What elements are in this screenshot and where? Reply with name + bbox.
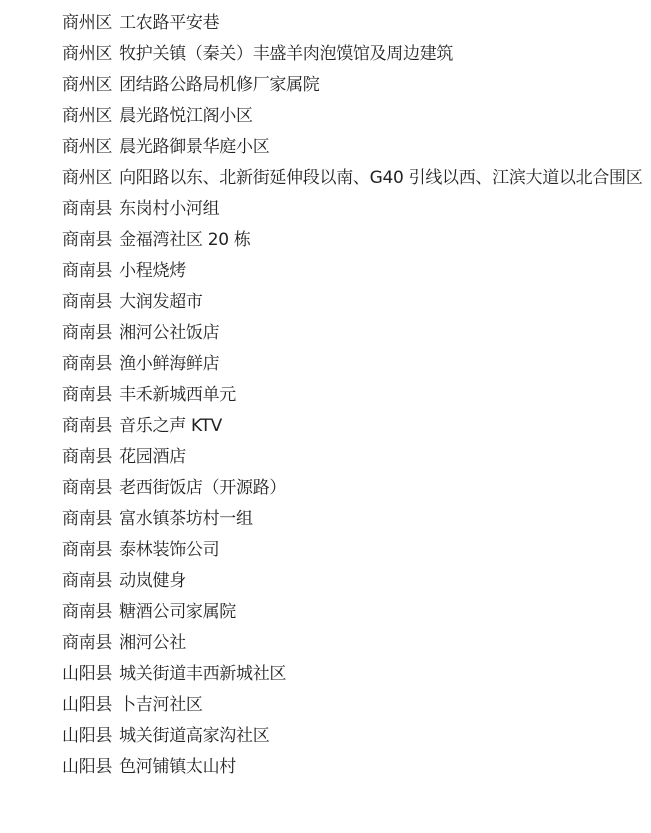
location-name: 东岗村小河组 <box>119 199 219 219</box>
location-name: 卜吉河社区 <box>119 695 203 715</box>
district-name: 山阳县 <box>62 757 112 777</box>
location-name: 音乐之声 KTV <box>119 416 222 436</box>
district-name: 山阳县 <box>62 664 112 684</box>
list-item: 商南县富水镇茶坊村一组 <box>62 504 647 535</box>
district-name: 商南县 <box>62 540 112 560</box>
district-name: 商南县 <box>62 416 112 436</box>
location-name: 泰林装饰公司 <box>119 540 219 560</box>
location-name: 富水镇茶坊村一组 <box>119 509 253 529</box>
list-item: 商南县花园酒店 <box>62 442 647 473</box>
district-name: 商南县 <box>62 602 112 622</box>
location-name: 牧护关镇（秦关）丰盛羊肉泡馍馆及周边建筑 <box>119 44 453 64</box>
district-name: 商州区 <box>62 13 112 33</box>
district-name: 商州区 <box>62 137 112 157</box>
location-name: 向阳路以东、北新街延伸段以南、G40 引线以西、江滨大道以北合围区 <box>119 168 642 188</box>
location-name: 团结路公路局机修厂家属院 <box>119 75 319 95</box>
district-name: 商南县 <box>62 261 112 281</box>
district-name: 商州区 <box>62 75 112 95</box>
list-item: 山阳县城关街道丰西新城社区 <box>62 659 647 690</box>
location-name: 渔小鲜海鲜店 <box>119 354 219 374</box>
district-name: 山阳县 <box>62 695 112 715</box>
list-item: 商南县湘河公社 <box>62 628 647 659</box>
list-item: 商南县泰林装饰公司 <box>62 535 647 566</box>
location-name: 花园酒店 <box>119 447 186 467</box>
location-name: 动岚健身 <box>119 571 186 591</box>
list-item: 山阳县色河铺镇太山村 <box>62 752 647 783</box>
list-item: 商州区晨光路御景华庭小区 <box>62 132 647 163</box>
list-item: 商南县糖酒公司家属院 <box>62 597 647 628</box>
list-item: 商南县音乐之声 KTV <box>62 411 647 442</box>
district-name: 商南县 <box>62 633 112 653</box>
location-list: 商州区工农路平安巷 商州区牧护关镇（秦关）丰盛羊肉泡馍馆及周边建筑 商州区团结路… <box>62 8 647 783</box>
list-item: 商南县金福湾社区 20 栋 <box>62 225 647 256</box>
district-name: 山阳县 <box>62 726 112 746</box>
list-item: 商南县东岗村小河组 <box>62 194 647 225</box>
location-name: 晨光路御景华庭小区 <box>119 137 269 157</box>
list-item: 山阳县城关街道高家沟社区 <box>62 721 647 752</box>
location-name: 大润发超市 <box>119 292 203 312</box>
district-name: 商南县 <box>62 199 112 219</box>
list-item: 商南县丰禾新城西单元 <box>62 380 647 411</box>
list-item: 商州区工农路平安巷 <box>62 8 647 39</box>
district-name: 商南县 <box>62 478 112 498</box>
district-name: 商南县 <box>62 447 112 467</box>
district-name: 商南县 <box>62 292 112 312</box>
list-item: 商南县渔小鲜海鲜店 <box>62 349 647 380</box>
district-name: 商南县 <box>62 230 112 250</box>
district-name: 商南县 <box>62 323 112 343</box>
location-name: 工农路平安巷 <box>119 13 219 33</box>
location-name: 金福湾社区 20 栋 <box>119 230 250 250</box>
list-item: 商南县湘河公社饭店 <box>62 318 647 349</box>
district-name: 商南县 <box>62 571 112 591</box>
district-name: 商南县 <box>62 354 112 374</box>
district-name: 商州区 <box>62 168 112 188</box>
list-item: 山阳县卜吉河社区 <box>62 690 647 721</box>
location-name: 小程烧烤 <box>119 261 186 281</box>
location-name: 城关街道丰西新城社区 <box>119 664 286 684</box>
location-name: 城关街道高家沟社区 <box>119 726 269 746</box>
list-item: 商南县小程烧烤 <box>62 256 647 287</box>
list-item: 商州区晨光路悦江阁小区 <box>62 101 647 132</box>
list-item: 商州区团结路公路局机修厂家属院 <box>62 70 647 101</box>
district-name: 商州区 <box>62 44 112 64</box>
list-item: 商南县老西街饭店（开源路） <box>62 473 647 504</box>
district-name: 商南县 <box>62 509 112 529</box>
list-item: 商南县大润发超市 <box>62 287 647 318</box>
list-item: 商州区向阳路以东、北新街延伸段以南、G40 引线以西、江滨大道以北合围区 <box>62 163 647 194</box>
list-item: 商州区牧护关镇（秦关）丰盛羊肉泡馍馆及周边建筑 <box>62 39 647 70</box>
location-name: 糖酒公司家属院 <box>119 602 236 622</box>
location-name: 色河铺镇太山村 <box>119 757 236 777</box>
location-name: 丰禾新城西单元 <box>119 385 236 405</box>
district-name: 商州区 <box>62 106 112 126</box>
list-item: 商南县动岚健身 <box>62 566 647 597</box>
district-name: 商南县 <box>62 385 112 405</box>
location-name: 老西街饭店（开源路） <box>119 478 286 498</box>
location-name: 湘河公社 <box>119 633 186 653</box>
location-name: 湘河公社饭店 <box>119 323 219 343</box>
location-name: 晨光路悦江阁小区 <box>119 106 253 126</box>
